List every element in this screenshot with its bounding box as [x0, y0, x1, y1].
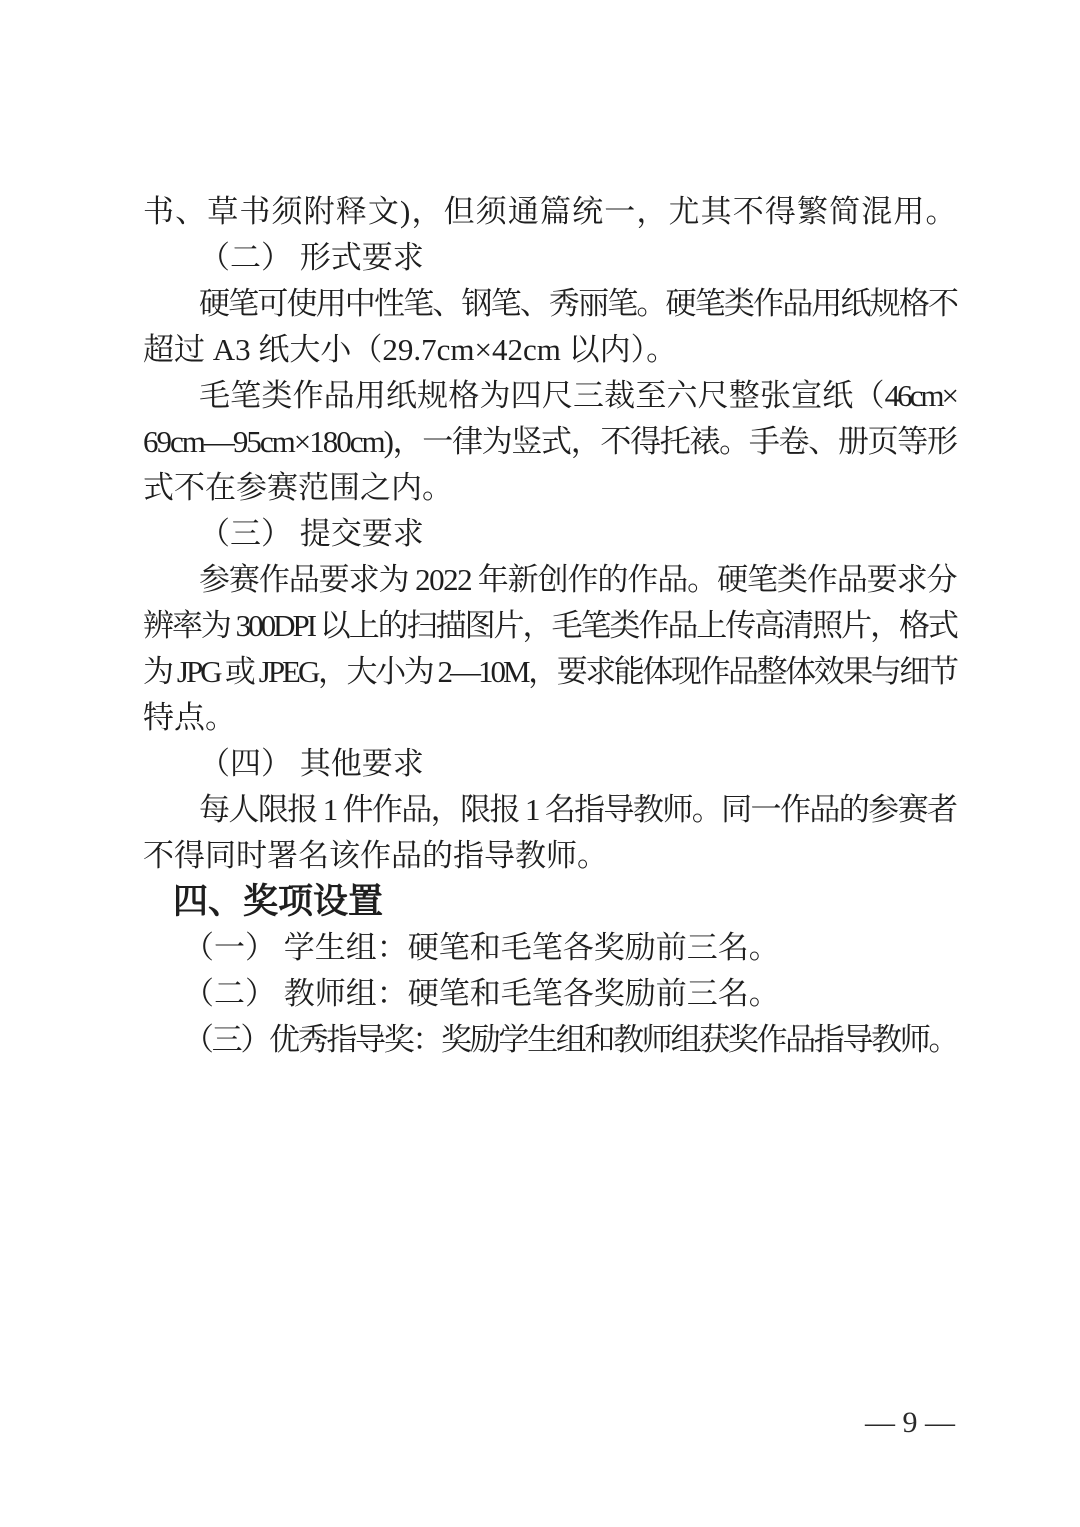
- body-line-a3-size: 超过 A3 纸大小（29.7cm×42cm 以内）。: [143, 327, 956, 373]
- award-item-student-group: （一） 学生组：硬笔和毛笔各奖励前三名。: [143, 925, 956, 971]
- award-item-teacher-group: （二） 教师组：硬笔和毛笔各奖励前三名。: [143, 971, 956, 1017]
- body-line-new-works-2022: 参赛作品要求为 2022 年新创作的作品。硬笔类作品要求分: [143, 557, 956, 603]
- body-line-resolution-300dpi: 辨率为 300DPI 以上的扫描图片，毛笔类作品上传高清照片，格式: [143, 603, 956, 649]
- document-page: 书、草书须附释文)，但须通篇统一，尤其不得繁简混用。 （二） 形式要求 硬笔可使…: [0, 0, 1080, 1527]
- subheading-format-requirements: （二） 形式要求: [143, 235, 956, 281]
- body-line-teacher-restriction: 不得同时署名该作品的指导教师。: [143, 833, 956, 879]
- body-line-jpg-format: 为 JPG 或 JPEG，大小为 2—10M，要求能体现作品整体效果与细节: [143, 649, 956, 695]
- body-line-scope-note: 式不在参赛范围之内。: [143, 465, 956, 511]
- subheading-submission-requirements: （三） 提交要求: [143, 511, 956, 557]
- page-number: — 9 —: [840, 1400, 980, 1446]
- subheading-other-requirements: （四） 其他要求: [143, 741, 956, 787]
- body-line-entry-limit: 每人限报 1 件作品，限报 1 名指导教师。同一作品的参赛者: [143, 787, 956, 833]
- body-line-hardpen-tools: 硬笔可使用中性笔、钢笔、秀丽笔。硬笔类作品用纸规格不: [143, 281, 956, 327]
- body-line-detail-note: 特点。: [143, 695, 956, 741]
- award-item-guidance-award: （三）优秀指导奖：奖励学生组和教师组获奖作品指导教师。: [143, 1017, 956, 1063]
- body-line-brush-paper-size: 毛笔类作品用纸规格为四尺三裁至六尺整张宣纸（46cm×: [143, 373, 956, 419]
- body-line-paper-dimensions: 69cm—95cm×180cm)，一律为竖式，不得托裱。手卷、册页等形: [143, 419, 956, 465]
- document-body: 书、草书须附释文)，但须通篇统一，尤其不得繁简混用。 （二） 形式要求 硬笔可使…: [143, 189, 956, 1063]
- heading-award-settings: 四、奖项设置: [143, 879, 956, 925]
- body-line-calligraphy-note: 书、草书须附释文)，但须通篇统一，尤其不得繁简混用。: [143, 189, 956, 235]
